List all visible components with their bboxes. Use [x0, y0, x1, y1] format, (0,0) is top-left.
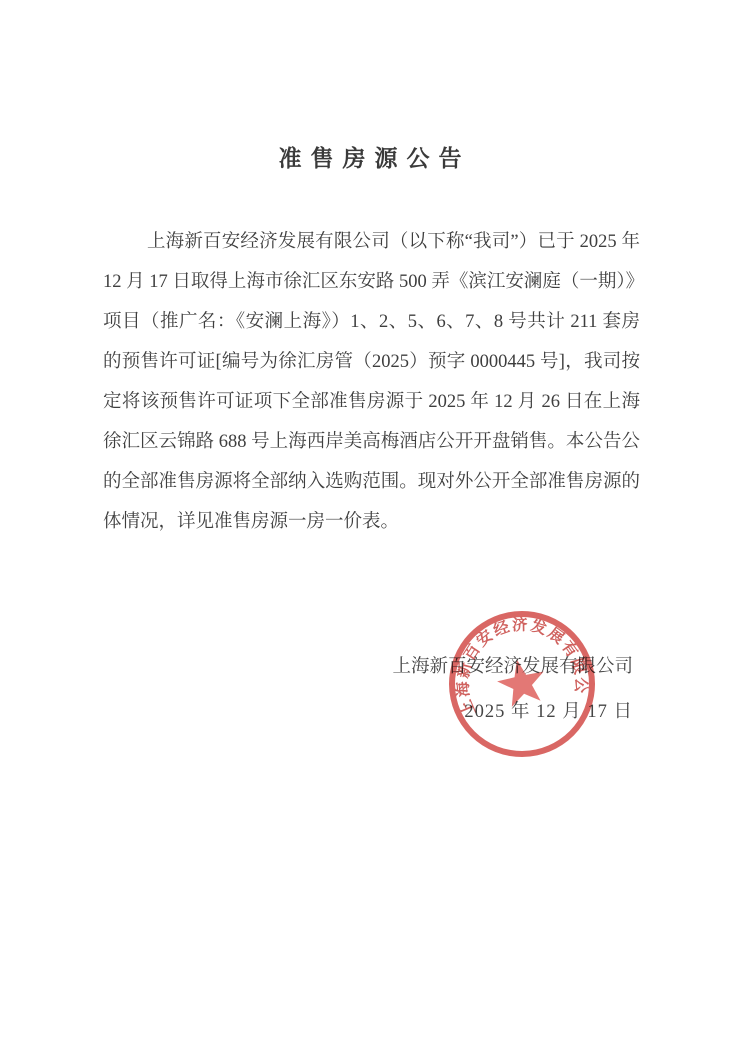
body-line: 上海新百安经济发展有限公司（以下称“我司”）已于 2025 年	[103, 222, 640, 262]
announcement-page: 准售房源公告 上海新百安经济发展有限公司（以下称“我司”）已于 2025 年 1…	[0, 0, 740, 1046]
body-line: 12 月 17 日取得上海市徐汇区东安路 500 弄《滨江安澜庭（一期）》	[103, 262, 640, 302]
signature-block: 上海新百安经济发展有限公司 2025 年 12 月 17 日	[392, 652, 633, 727]
signature-date: 2025 年 12 月 17 日	[392, 697, 633, 727]
signature-company: 上海新百安经济发展有限公司	[392, 652, 633, 682]
body-line: 项目（推广名：《安澜上海》）1、2、5、6、7、8 号共计 211 套房屋	[103, 302, 640, 342]
body-line: 的全部准售房源将全部纳入选购范围。现对外公开全部准售房源的具	[103, 462, 640, 502]
document-title: 准售房源公告	[0, 140, 740, 173]
body-line: 定将该预售许可证项下全部准售房源于 2025 年 12 月 26 日在上海市	[103, 382, 640, 422]
body-line: 体情况，详见准售房源一房一价表。	[103, 502, 640, 542]
body-line: 徐汇区云锦路 688 号上海西岸美高梅酒店公开开盘销售。本公告公示	[103, 422, 640, 462]
document-body: 上海新百安经济发展有限公司（以下称“我司”）已于 2025 年 12 月 17 …	[103, 222, 640, 542]
body-line: 的预售许可证[编号为徐汇房管（2025）预字 0000445 号]，我司按规	[103, 342, 640, 382]
